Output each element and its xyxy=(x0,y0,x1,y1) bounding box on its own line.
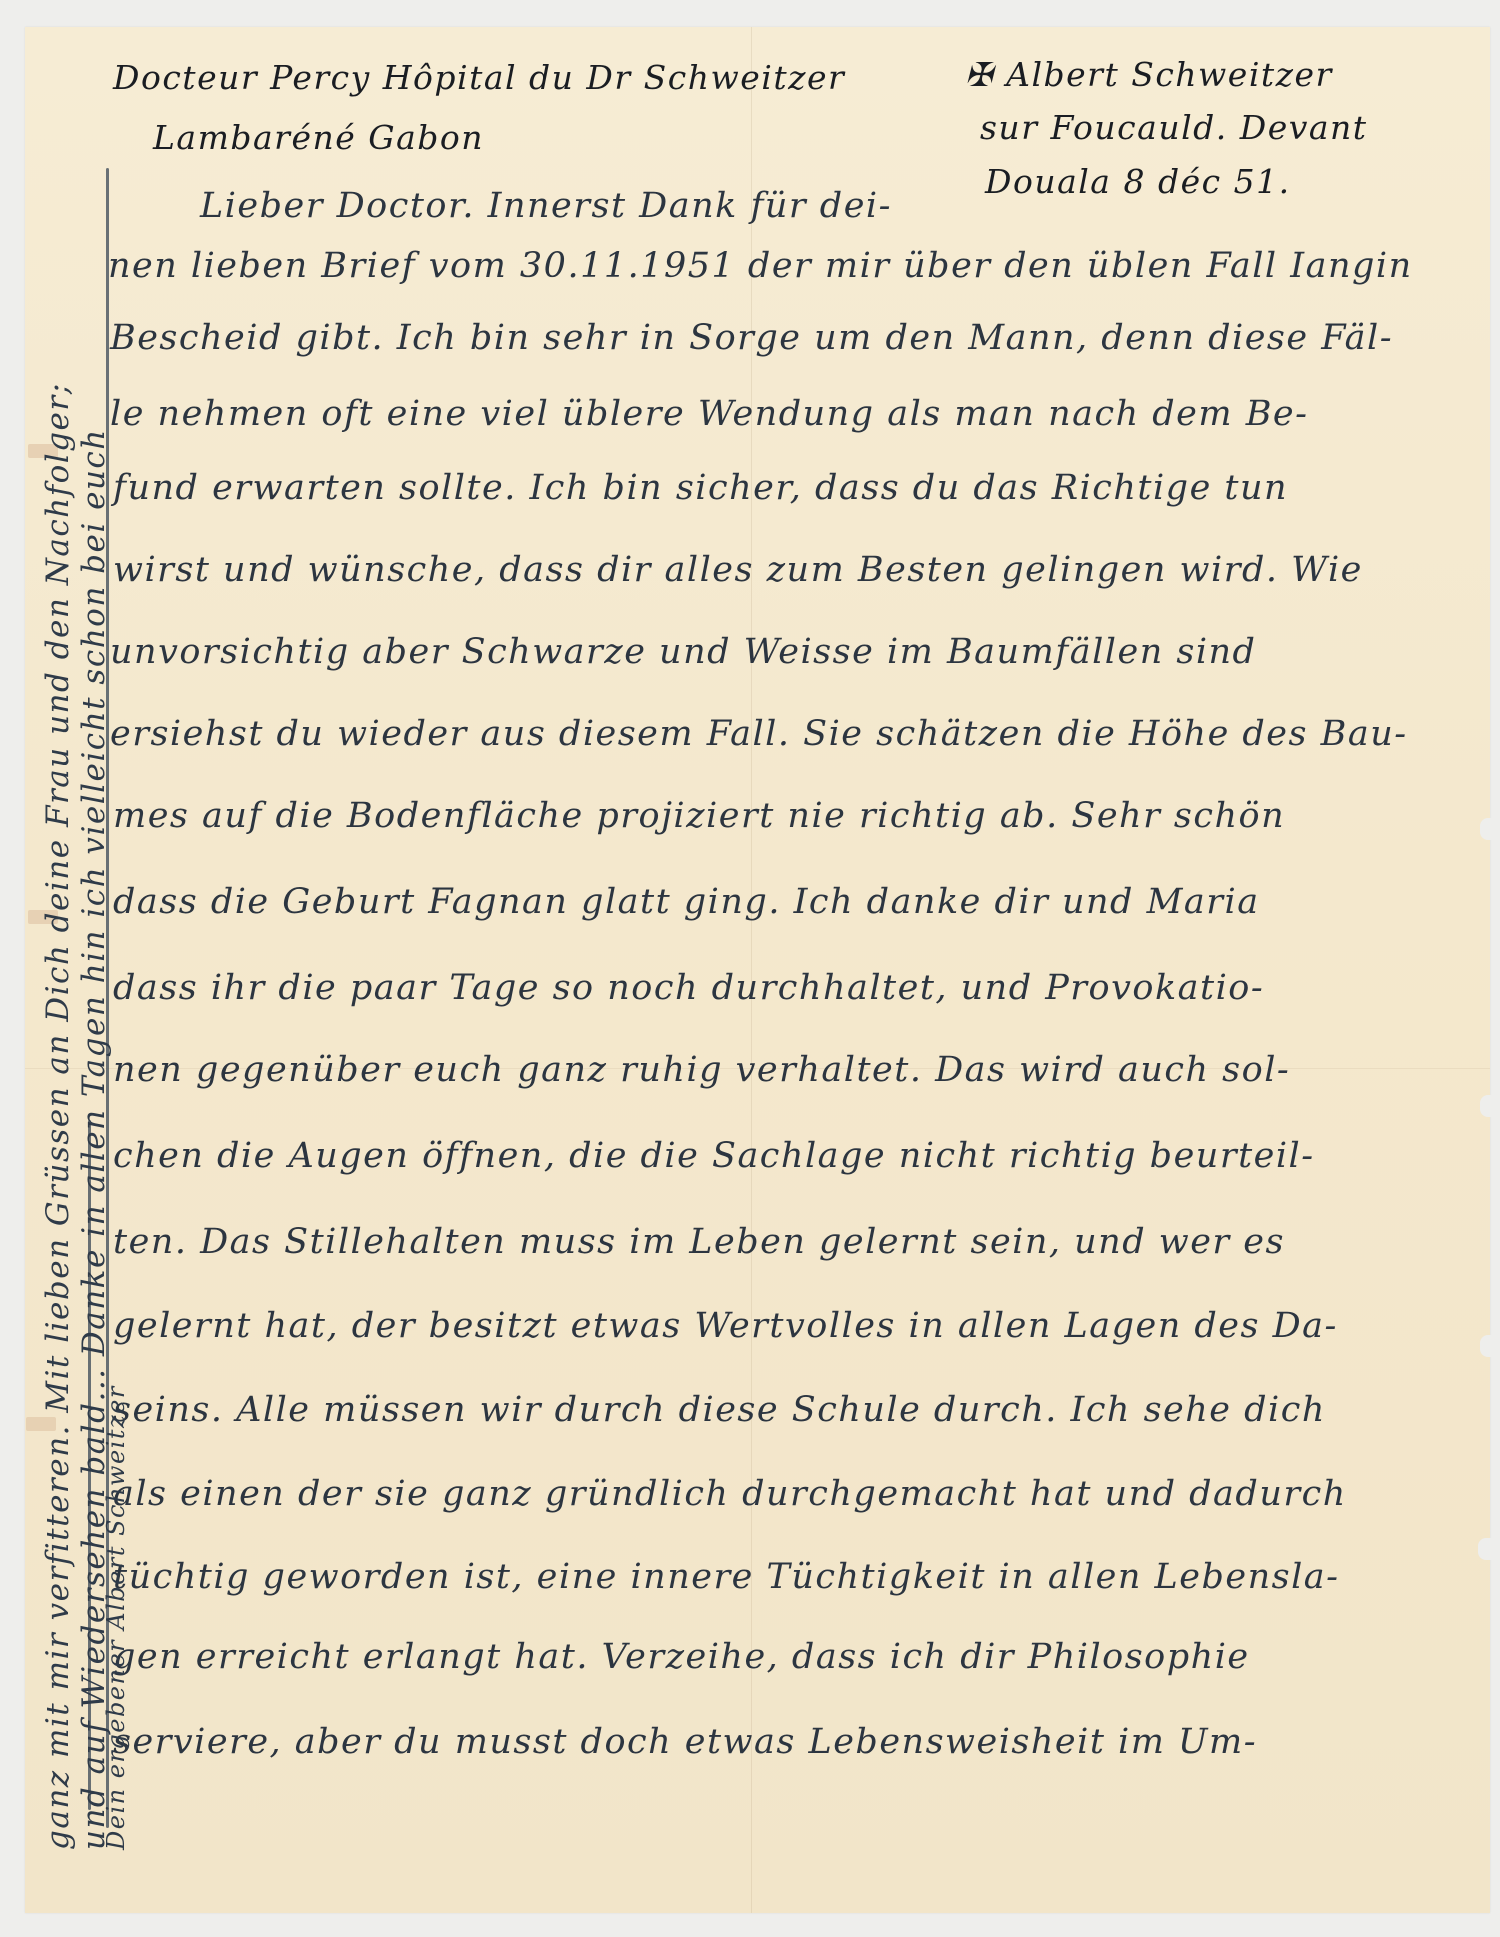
torn-edge xyxy=(1478,1538,1492,1560)
salutation-line: Lieber Doctor. Innerst Dank für dei- xyxy=(200,186,892,226)
body-line: unvorsichtig aber Schwarze und Weisse im… xyxy=(110,632,1256,672)
body-line: nen gegenüber euch ganz ruhig verhaltet.… xyxy=(113,1050,1290,1090)
body-line: ersiehst du wieder aus diesem Fall. Sie … xyxy=(110,714,1408,754)
letter-date: Douala 8 déc 51. xyxy=(985,162,1291,201)
recipient-address-line1: Docteur Percy Hôpital du Dr Schweitzer xyxy=(113,58,845,97)
body-line: als einen der sie ganz gründlich durchge… xyxy=(113,1474,1347,1514)
body-line: tüchtig geworden ist, eine innere Tüchti… xyxy=(113,1557,1339,1597)
body-line: gelernt hat, der besitzt etwas Wertvolle… xyxy=(113,1306,1338,1346)
body-line: Bescheid gibt. Ich bin sehr in Sorge um … xyxy=(110,318,1393,358)
body-line: seins. Alle müssen wir durch diese Schul… xyxy=(113,1390,1326,1430)
torn-edge xyxy=(1480,818,1494,840)
margin-signature: Dein ergebener Albert Schweitzer xyxy=(102,1385,130,1850)
body-line: mes auf die Bodenfläche projiziert nie r… xyxy=(113,796,1285,836)
margin-note: ganz mit mir verfitteren. Mit lieben Grü… xyxy=(40,382,76,1850)
body-line: dass ihr die paar Tage so noch durchhalt… xyxy=(113,968,1264,1008)
sender-name: ✠ Albert Schweitzer xyxy=(965,55,1333,94)
body-line: fund erwarten sollte. Ich bin sicher, da… xyxy=(113,468,1288,508)
body-line: dass die Geburt Fagnan glatt ging. Ich d… xyxy=(113,882,1260,922)
recipient-address-line2: Lambaréné Gabon xyxy=(153,118,484,157)
torn-edge xyxy=(1480,1095,1494,1117)
body-line: serviere, aber du musst doch etwas Leben… xyxy=(113,1722,1257,1762)
body-line: nen lieben Brief vom 30.11.1951 der mir … xyxy=(108,246,1413,286)
body-line: gen erreicht erlangt hat. Verzeihe, dass… xyxy=(113,1637,1250,1677)
body-line: wirst und wünsche, dass dir alles zum Be… xyxy=(113,550,1363,590)
sender-location: sur Foucauld. Devant xyxy=(980,108,1368,147)
body-line: chen die Augen öffnen, die die Sachlage … xyxy=(113,1136,1315,1176)
torn-edge xyxy=(1480,1335,1494,1357)
body-line: ten. Das Stillehalten muss im Leben gele… xyxy=(113,1222,1285,1262)
body-line: le nehmen oft eine viel üblere Wendung a… xyxy=(110,394,1308,434)
